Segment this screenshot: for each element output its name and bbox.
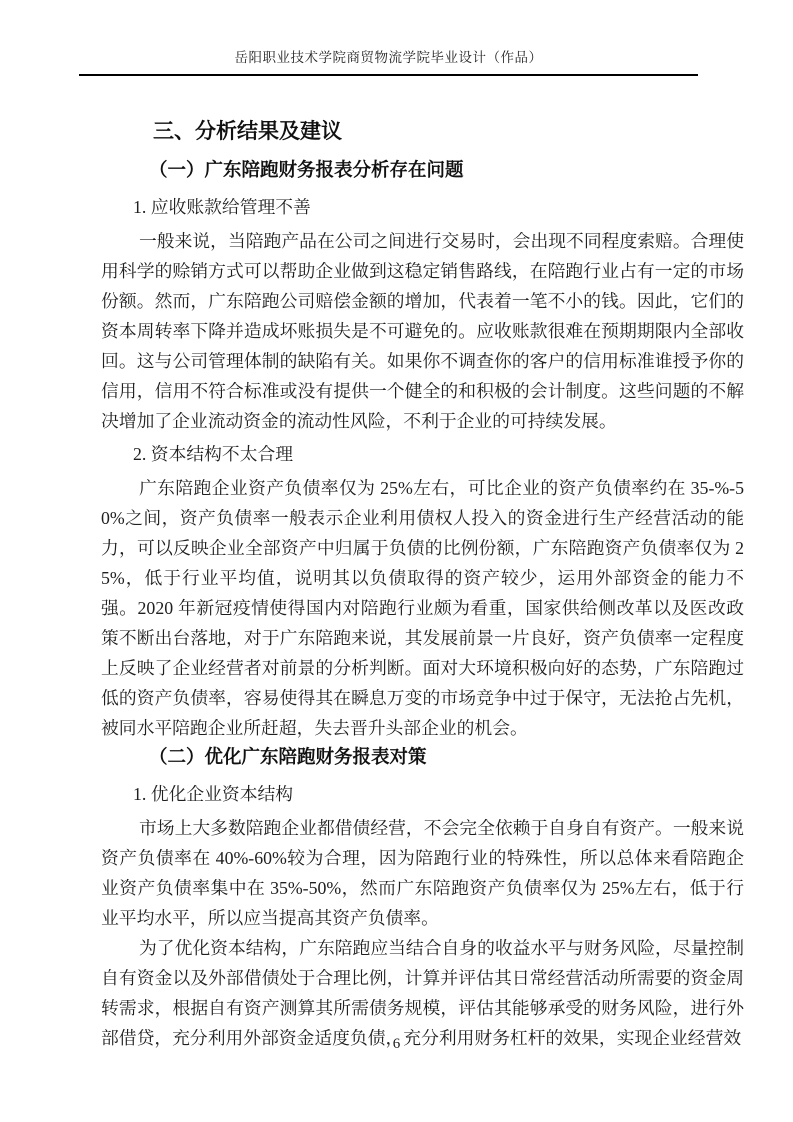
chapter-title: 三、分析结果及建议 [101,118,744,146]
document-page: 岳阳职业技术学院商贸物流学院毕业设计（作品） 三、分析结果及建议 （一）广东陪跑… [0,0,793,1122]
page-footer: 6 [0,1036,793,1053]
header-text: 岳阳职业技术学院商贸物流学院毕业设计（作品） [235,50,543,65]
page-number: 6 [393,1036,401,1052]
point-2-1-paragraph-a: 市场上大多数陪跑企业都借债经营，不会完全依赖于自身自有资产。一般来说资产负债率在… [101,813,744,933]
point-1-1-paragraph: 一般来说，当陪跑产品在公司之间进行交易时，会出现不同程度索赔。合理使用科学的赊销… [101,226,744,436]
point-2-1-paragraph-b: 为了优化资本结构，广东陪跑应当结合自身的收益水平与财务风险，尽量控制自有资金以及… [101,933,744,1053]
point-1-2-heading: 2. 资本结构不太合理 [101,440,744,469]
point-1-1-heading: 1. 应收账款给管理不善 [101,193,744,222]
document-body: 三、分析结果及建议 （一）广东陪跑财务报表分析存在问题 1. 应收账款给管理不善… [101,118,744,1053]
page-header: 岳阳职业技术学院商贸物流学院毕业设计（作品） [79,46,698,76]
subsection-1-heading: （一）广东陪跑财务报表分析存在问题 [101,156,744,183]
point-1-2-paragraph: 广东陪跑企业资产负债率仅为 25%左右，可比企业的资产负债率约在 35-%-50… [101,473,744,743]
subsection-2-heading: （二）优化广东陪跑财务报表对策 [101,743,744,770]
point-2-1-heading: 1. 优化企业资本结构 [101,780,744,809]
